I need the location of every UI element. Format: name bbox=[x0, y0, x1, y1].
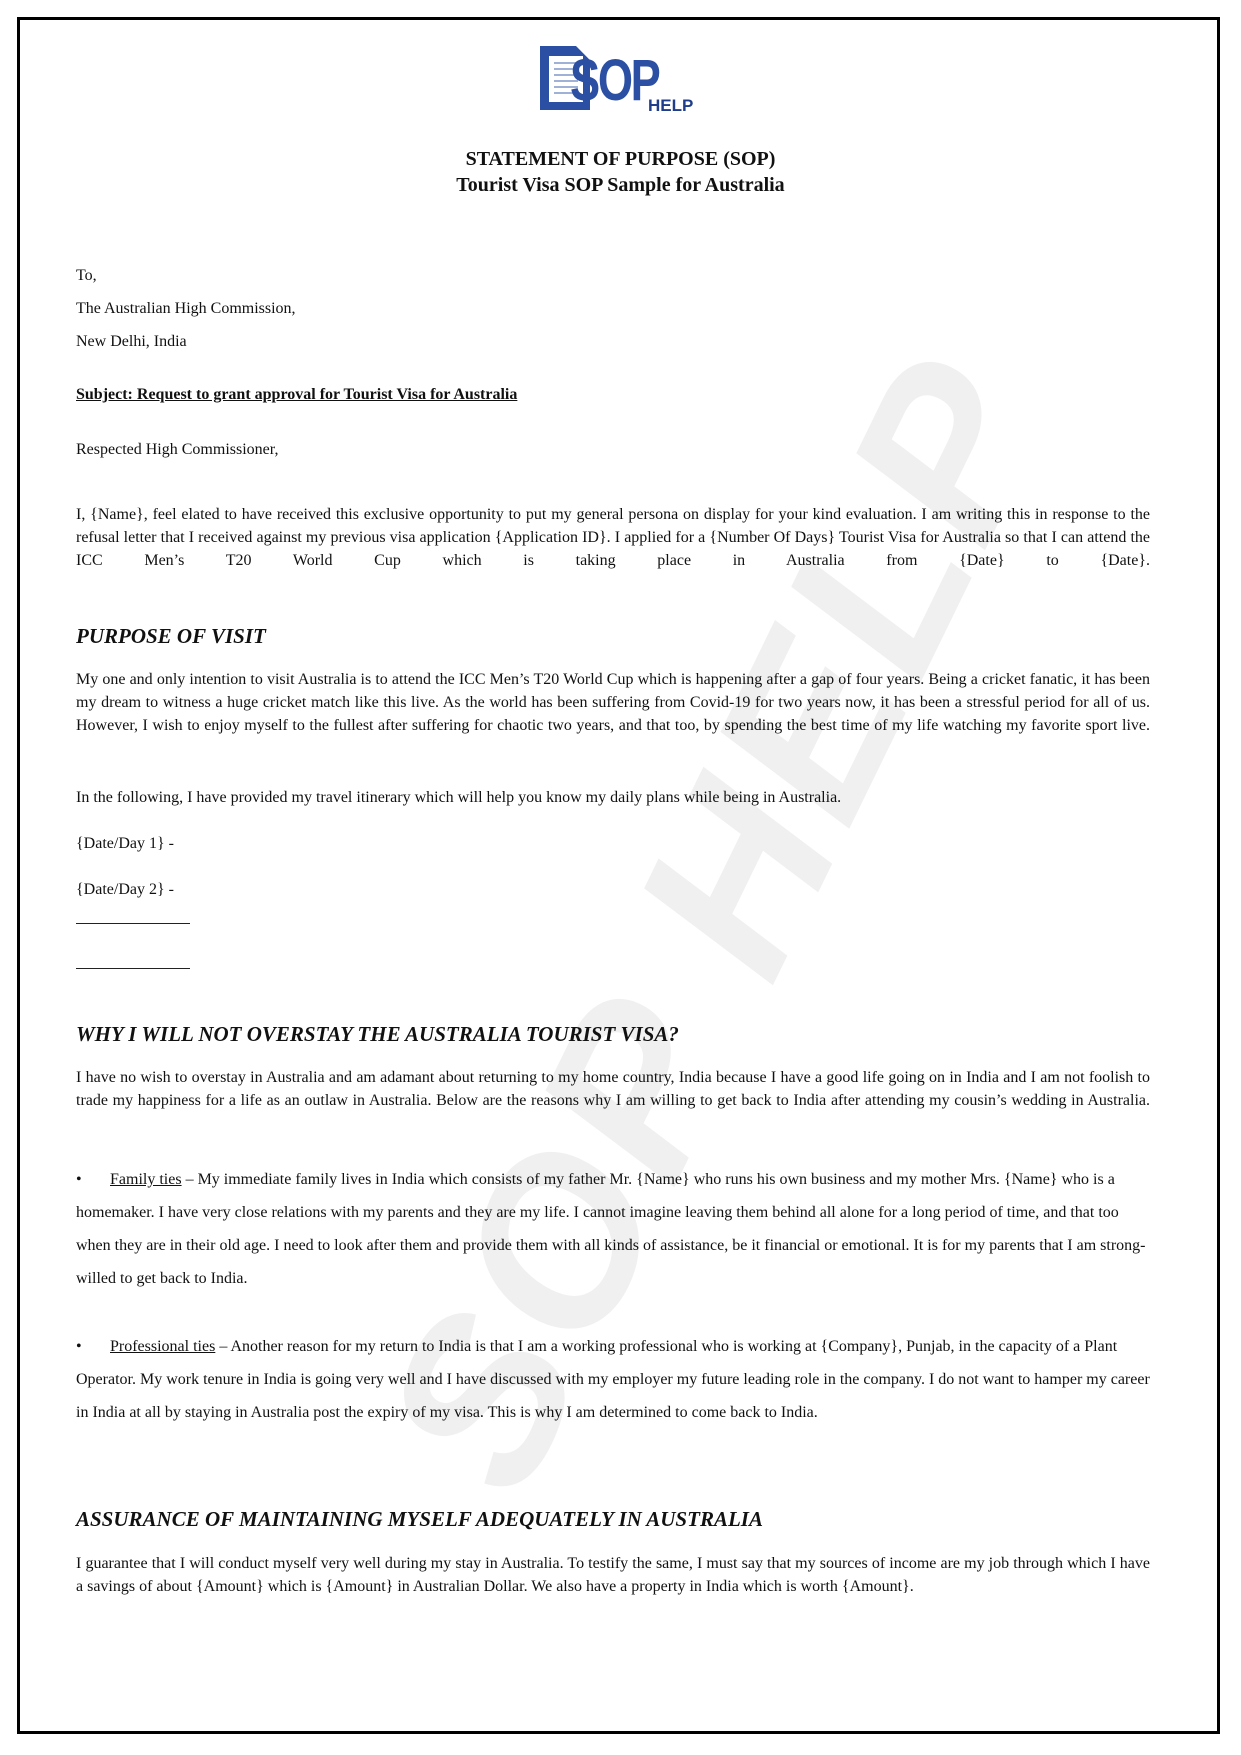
logo-brand-sub: HELP bbox=[648, 96, 693, 116]
heading-why-not-overstay: WHY I WILL NOT OVERSTAY THE AUSTRALIA TO… bbox=[76, 1021, 679, 1047]
address-line-1: The Australian High Commission, bbox=[76, 297, 1150, 320]
assurance-paragraph: I guarantee that I will conduct myself v… bbox=[76, 1552, 1150, 1598]
itinerary-day-2: {Date/Day 2} - bbox=[76, 878, 1150, 901]
document-page: SOP HELP STATEMENT OF PURPOSE (SOP) Tour… bbox=[0, 0, 1241, 1755]
document-title: STATEMENT OF PURPOSE (SOP) bbox=[0, 146, 1241, 172]
document-subtitle: Tourist Visa SOP Sample for Australia bbox=[0, 172, 1241, 198]
address-line-2: New Delhi, India bbox=[76, 330, 1150, 353]
salutation: Respected High Commissioner, bbox=[76, 438, 1150, 461]
address-to: To, bbox=[76, 264, 1150, 287]
itinerary-day-1: {Date/Day 1} - bbox=[76, 832, 1150, 855]
logo-brand-main: SOP bbox=[570, 50, 659, 112]
heading-purpose-of-visit: PURPOSE OF VISIT bbox=[76, 623, 266, 649]
itinerary-blank-line-1 bbox=[76, 923, 190, 924]
bullet-text-professional-ties: – Another reason for my return to India … bbox=[76, 1338, 1150, 1421]
bullet-professional-ties: •Professional ties – Another reason for … bbox=[76, 1330, 1150, 1429]
heading-assurance: ASSURANCE OF MAINTAINING MYSELF ADEQUATE… bbox=[76, 1506, 763, 1532]
intro-paragraph: I, {Name}, feel elated to have received … bbox=[76, 503, 1150, 572]
itinerary-intro: In the following, I have provided my tra… bbox=[76, 786, 1150, 809]
overstay-paragraph: I have no wish to overstay in Australia … bbox=[76, 1066, 1150, 1112]
bullet-text-family-ties: – My immediate family lives in India whi… bbox=[76, 1171, 1145, 1287]
bullet-label-professional-ties: Professional ties bbox=[110, 1338, 215, 1355]
bullet-label-family-ties: Family ties bbox=[110, 1171, 182, 1188]
bullet-icon: • bbox=[76, 1163, 110, 1196]
bullet-family-ties: •Family ties – My immediate family lives… bbox=[76, 1163, 1150, 1295]
itinerary-blank-line-2 bbox=[76, 968, 190, 969]
purpose-paragraph: My one and only intention to visit Austr… bbox=[76, 668, 1150, 737]
document-title-block: STATEMENT OF PURPOSE (SOP) Tourist Visa … bbox=[0, 146, 1241, 198]
bullet-icon: • bbox=[76, 1330, 110, 1363]
subject-line: Subject: Request to grant approval for T… bbox=[76, 383, 517, 406]
sop-help-logo: SOP HELP bbox=[540, 44, 700, 118]
